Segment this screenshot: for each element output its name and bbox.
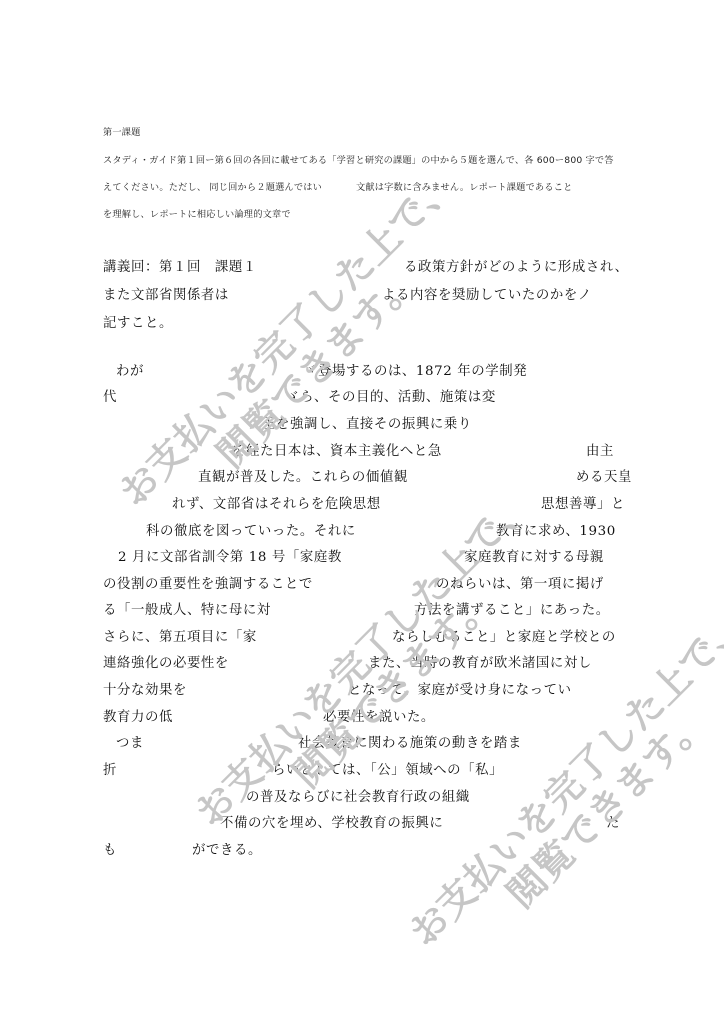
body-line: 連絡強化の必要性を bbox=[103, 657, 229, 670]
body-line: わが bbox=[116, 365, 144, 378]
body-line: ができる。 bbox=[192, 844, 262, 857]
body-line: つま bbox=[116, 737, 144, 750]
body-line: らいとしては、「公」領域への「私」 bbox=[272, 764, 503, 777]
body-line: また、当時の教育が欧米諸国に対し bbox=[368, 657, 592, 670]
body-line: 社会教育に関わる施策の動きを踏ま bbox=[298, 737, 522, 750]
lecture-line: よる内容を奨励していたのかをノ bbox=[382, 289, 592, 302]
body-line: 十分な効果を bbox=[103, 684, 187, 697]
body-line: 科の徹底を図っていった。それに bbox=[146, 525, 356, 538]
lecture-title: る政策方針がどのように形成され、 bbox=[404, 261, 629, 274]
body-line: を経た日本は、資本主義化へと急 bbox=[232, 445, 442, 458]
lecture-title: 講義回：第１回 課題１ bbox=[103, 261, 257, 274]
body-line: 不備の穴を埋め、学校教育の振興に bbox=[220, 817, 443, 830]
document-page: 第一課題 スタディ・ガイド第１回ー第６回の各回に載せてある「学習と研究の課題」の… bbox=[0, 0, 724, 1024]
body-line: 方法を講ずること」にあった。 bbox=[414, 604, 610, 617]
body-line: れず、文部省はそれらを危険思想 bbox=[172, 498, 381, 511]
body-line: 必要性を説いた。 bbox=[323, 711, 435, 724]
watermark-line: お支払いを完了した上で、 bbox=[401, 602, 724, 955]
assignment-heading: 第一課題 bbox=[103, 128, 141, 137]
body-line: 代 bbox=[103, 391, 117, 404]
lecture-line: 記すこと。 bbox=[103, 317, 173, 330]
body-line: ならしむること」と家庭と学校との bbox=[392, 631, 616, 644]
watermark: お支払いを完了した上で、 閲覧できます。 bbox=[112, 163, 493, 544]
body-line: さらに、第五項目に「家 bbox=[103, 631, 257, 644]
body-line: ゞ登場するのは、1872 年の学制発 bbox=[304, 365, 527, 378]
instruction-line: 文献は字数に含みません。レポート課題であること bbox=[356, 183, 572, 192]
instruction-line: を理解し、レポートに相応しい論理的文章で bbox=[103, 210, 291, 219]
body-line: 教育に求め、1930 bbox=[496, 525, 616, 538]
body-line: た bbox=[606, 817, 620, 830]
body-line: 由主 bbox=[586, 445, 614, 458]
body-line: める天皇 bbox=[576, 471, 632, 484]
body-line: 家庭教育に対する母親 bbox=[464, 551, 604, 564]
body-line: 王を強調し、直接その振興に乗り bbox=[262, 418, 472, 431]
body-line: 思想善導」と bbox=[541, 498, 625, 511]
body-line: のねらいは、第一項に掲げ bbox=[436, 578, 604, 591]
body-line: る「一般成人、特に母に対 bbox=[103, 604, 271, 617]
body-line: となって、家庭が受け身になってい bbox=[348, 684, 572, 697]
body-line: の普及ならびに社会教育行政の組織 bbox=[246, 791, 470, 804]
lecture-line: また文部省関係者は bbox=[103, 289, 229, 302]
watermark: お支払いを完了した上で、 閲覧できます。 bbox=[188, 483, 569, 864]
body-line: 折 bbox=[103, 764, 117, 777]
body-line: 2 月に文部省訓令第 18 号「家庭教 bbox=[118, 551, 342, 564]
body-line: も bbox=[103, 844, 117, 857]
instruction-line: えてください。ただし、 同じ回から２題選んではい bbox=[103, 183, 322, 192]
body-line: ゞら、その目的、活動、施策は変 bbox=[286, 391, 496, 404]
instruction-line: スタディ・ガイド第１回ー第６回の各回に載せてある「学習と研究の課題」の中から５題… bbox=[103, 156, 614, 165]
body-line: 直観が普及した。これらの価値観 bbox=[198, 471, 408, 484]
body-line: 教育力の低 bbox=[103, 711, 173, 724]
body-line: の役割の重要性を強調することで bbox=[103, 578, 313, 591]
